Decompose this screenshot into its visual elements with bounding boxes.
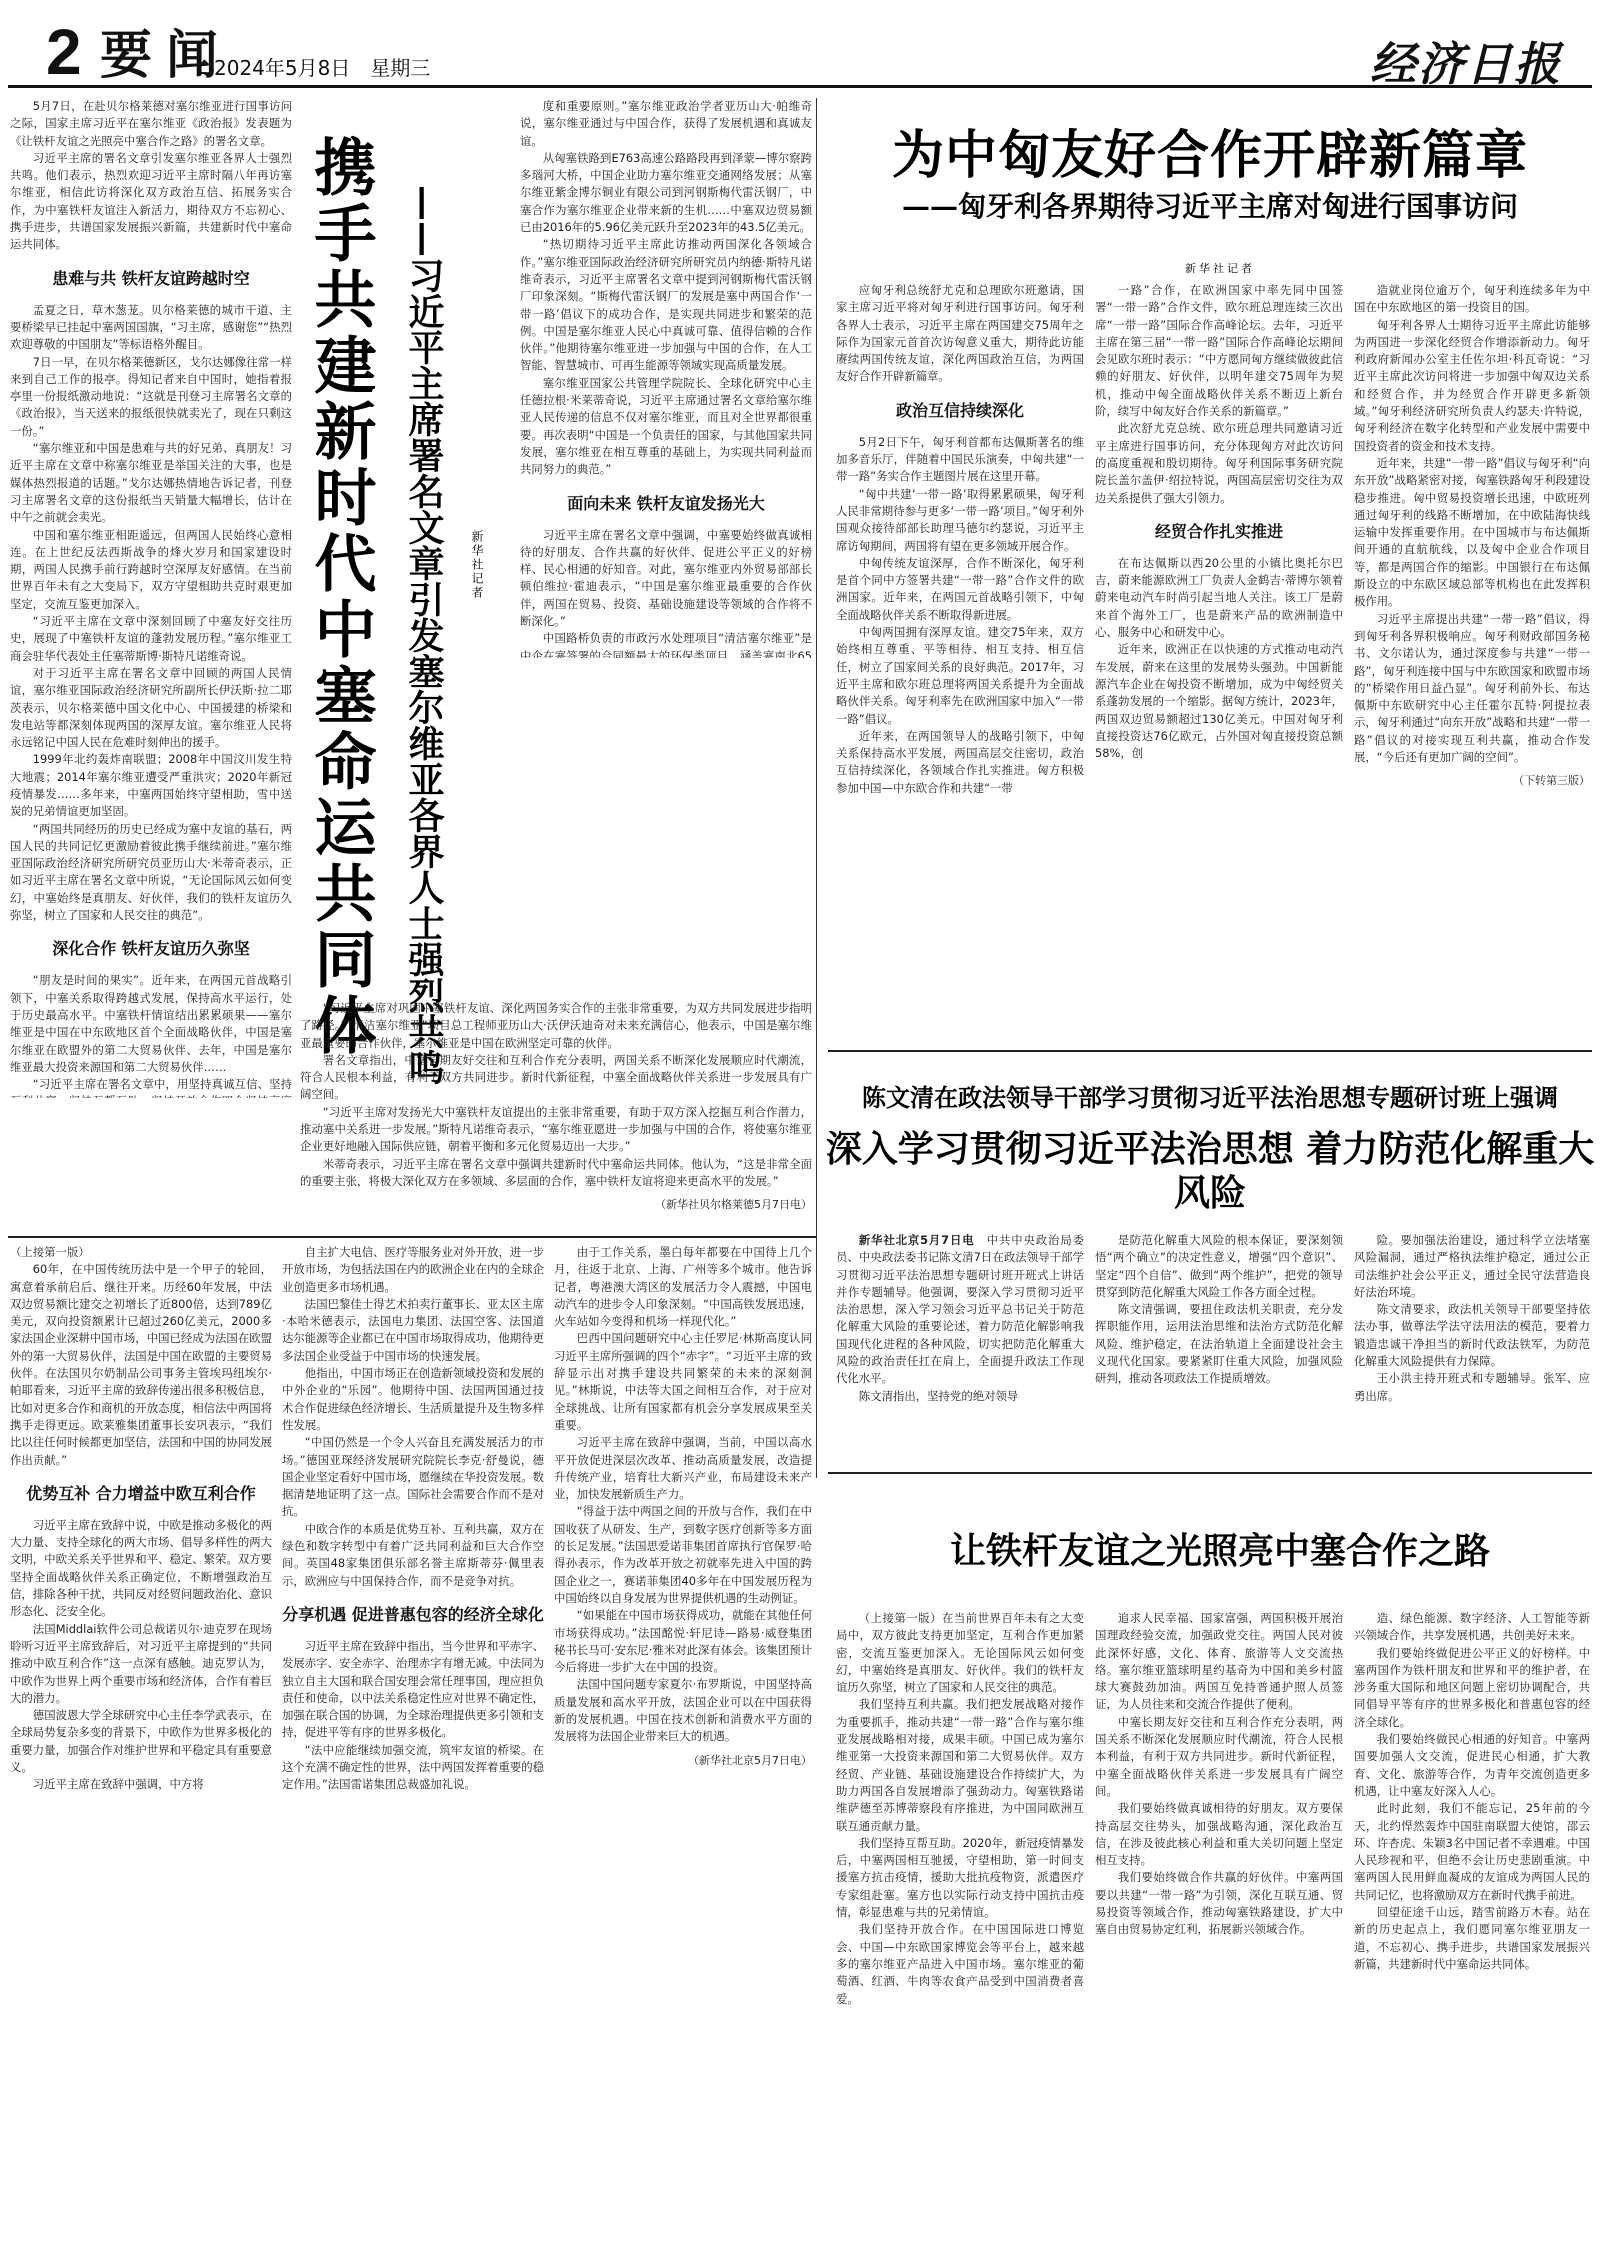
paragraph: 险。要加强法治建设，通过科学立法堵塞风险漏洞，通过严格执法维护稳定，通过公正司法…: [1354, 1232, 1590, 1301]
paragraph: （上接第一版）: [10, 1244, 272, 1261]
paragraph: 自主扩大电信、医疗等服务业对外开放，进一步开放市场，为包括法国在内的欧洲企业在内…: [282, 1244, 544, 1296]
paragraph: 应匈牙利总统舒尤克和总理欧尔班邀请，国家主席习近平将对匈牙利进行国事访问。匈牙利…: [836, 282, 1084, 386]
paragraph: 德国波恩大学全球研究中心主任李学武表示，在全球局势复杂多变的背景下，中欧作为世界…: [10, 1707, 272, 1776]
section-name: 要闻: [100, 28, 232, 84]
newspaper-logo: 经济日报: [1370, 28, 1562, 94]
paragraph: 7日一早，在贝尔格莱德新区，戈尔达娜像往常一样来到自己工作的报亭。得知记者来自中…: [10, 354, 292, 440]
article2-col2: 一路”合作，在欧洲国家中率先同中国签署“一带一路”合作文件，欧尔班总理连续三次出…: [1095, 282, 1343, 1002]
continued-note: （下转第三版）: [1354, 772, 1590, 789]
paragraph: 我们坚持互利共赢。我们把发展战略对接作为重要抓手，推动共建“一带一路”合作与塞尔…: [836, 1696, 1084, 1834]
paragraph: 一路”合作，在欧洲国家中率先同中国签署“一带一路”合作文件，欧尔班总理连续三次出…: [1095, 282, 1343, 420]
article1-byline: 新华社记者: [470, 530, 484, 600]
paragraph: （上接第一版）在当前世界百年未有之大变局中，双方彼此支持更加坚定，互利合作更加紧…: [836, 1610, 1084, 1696]
paragraph: 中国路桥负责的市政污水处理项目“清洁塞尔维亚”是中企在塞签署的合同额最大的环保类…: [520, 630, 812, 658]
paragraph: 中塞长期友好交往和互利合作充分表明，两国关系不断深化发展顺应时代潮流，符合人民根…: [1095, 1714, 1343, 1800]
article2-headline: 为中匈友好合作开辟新篇章: [820, 126, 1600, 186]
subheading: 深化合作 铁杆友谊历久弥坚: [10, 938, 292, 960]
paragraph: 我们要始终做合作共赢的好伙伴。中塞两国要以共建“一带一路”为引领，深化互联互通、…: [1095, 1869, 1343, 1938]
section-divider: [828, 1050, 1592, 1052]
article3-col2: 是防范化解重大风险的根本保证，要深刻领悟“两个确立”的决定性意义，增强“四个意识…: [1095, 1232, 1343, 1460]
paragraph-text: 中共中央政治局委员、中央政法委书记陈文清7日在政法领导干部学习贯彻习近平法治思想…: [836, 1233, 1084, 1385]
continued-from: （上接第一版）: [10, 1245, 90, 1259]
section-divider: [8, 1236, 816, 1238]
paragraph: 近年来，欧洲正在以快速的方式推动电动汽车发展，蔚来在这里的发展势头强劲。中国新能…: [1095, 641, 1343, 762]
paragraph: 习近平主席在致辞中说，中欧是推动多极化的两大力量、支持全球化的两大市场、倡导多样…: [10, 1517, 272, 1621]
article3-headline: 深入学习贯彻习近平法治思想 着力防范化解重大风险: [820, 1128, 1600, 1216]
article3-col3: 险。要加强法治建设，通过科学立法堵塞风险漏洞，通过严格执法维护稳定，通过公正司法…: [1354, 1232, 1590, 1460]
subheading: 政治互信持续深化: [836, 400, 1084, 422]
paragraph: 巴西中国问题研究中心主任罗尼·林斯高度认同习近平主席所强调的四个“赤字”。“习近…: [554, 1330, 812, 1434]
paragraph: “如果能在中国市场获得成功，就能在其他任何市场获得成功。”法国酩悦·轩尼诗—路易…: [554, 1607, 812, 1676]
article1-subheadline: ——习近平主席署名文章引发塞尔维亚各界人士强烈共鸣: [404, 185, 444, 1085]
paragraph: “习近平主席在署名文章中，用坚持真诚互信、坚持互利共赢、坚持互帮互助、坚持开放合…: [10, 1076, 292, 1098]
paragraph: 度和重要原则。”塞尔维亚政治学者亚历山大·帕维奇说，塞尔维亚通过与中国合作，获得…: [520, 98, 812, 150]
column-divider: [816, 98, 817, 1478]
paragraph: 追求人民幸福、国家富强，两国积极开展治国理政经验交流，加强政党交往。两国人民对彼…: [1095, 1610, 1343, 1714]
article3-col1: 新华社北京5月7日电 中共中央政治局委员、中央政法委书记陈文清7日在政法领导干部…: [836, 1232, 1084, 1460]
article2-byline: 新华社记者: [1120, 260, 1320, 276]
subheading: 患难与共 铁杆友谊跨越时空: [10, 268, 292, 290]
article5-col3: 由于工作关系，墨白每年都要在中国待上几个月，往返于北京、上海、广州等多个城市。他…: [554, 1244, 812, 2264]
paragraph: 习近平主席在致辞中强调，中方将: [10, 1776, 272, 1793]
subheading: 面向未来 铁杆友谊发扬光大: [520, 493, 812, 515]
paragraph: 匈牙利各界人士期待习近平主席此访能够为两国进一步深化经贸合作增添新动力。匈牙利政…: [1354, 317, 1590, 455]
paragraph: 署名文章指出，中塞长期友好交往和互利合作充分表明，两国关系不断深化发展顺应时代潮…: [300, 1052, 812, 1104]
paragraph: 60年，在中国传统历法中是一个甲子的轮回，寓意着承前启后、继往开来。历经60年发…: [10, 1261, 272, 1469]
paragraph: 法国中国问题专家夏尔·布罗斯说，中国坚持高质量发展和高水平开放，法国企业可以在中…: [554, 1676, 812, 1745]
paragraph: “两国共同经历的历史已经成为塞中友谊的基石，两国人民的共同记忆更激励着彼此携手继…: [10, 821, 292, 925]
paragraph: “匈中共建‘一带一路’取得累累硕果，匈牙利人民非常期待参与更多‘一带一路’项目。…: [836, 486, 1084, 555]
subheading: 分享机遇 促进普惠包容的经济全球化: [282, 1604, 544, 1626]
paragraph: 造就业岗位逾万个，匈牙利连续多年为中国在中东欧地区的第一投资目的国。: [1354, 282, 1590, 317]
paragraph: 米蒂奇表示，习近平主席在署名文章中强调共建新时代中塞命运共同体。他认为，“这是非…: [300, 1156, 812, 1191]
subheading: 优势互补 合力增益中欧互利合作: [10, 1483, 272, 1505]
article2-col3: 造就业岗位逾万个，匈牙利连续多年为中国在中东欧地区的第一投资目的国。 匈牙利各界…: [1354, 282, 1590, 1002]
paragraph: 他指出，中国市场正在创造新领域投资和发展的中外企业的“乐园”。他期待中国、法国两…: [282, 1365, 544, 1434]
article1-signoff: （新华社贝尔格莱德5月7日电）: [300, 1196, 812, 1213]
paragraph: 造、绿色能源、数字经济、人工智能等新兴领域合作，共享发展机遇，共创美好未来。: [1354, 1610, 1590, 1645]
article5-col2: 自主扩大电信、医疗等服务业对外开放，进一步开放市场，为包括法国在内的欧洲企业在内…: [282, 1244, 544, 2264]
paragraph: 王小洪主持开班式和专题辅导。张军、应勇出席。: [1354, 1370, 1590, 1405]
paragraph: 5月7日，在赴贝尔格莱德对塞尔维亚进行国事访问之际，国家主席习近平在塞尔维亚《政…: [10, 98, 292, 150]
paragraph: 中国和塞尔维亚相距遥远，但两国人民始终心意相连。在上世纪反法西斯战争的烽火岁月和…: [10, 527, 292, 613]
paragraph: 此时此刻，我们不能忘记，25年前的今天，北约悍然轰炸中国驻南联盟大使馆，邵云环、…: [1354, 1800, 1590, 1904]
article1-col1: 5月7日，在赴贝尔格莱德对塞尔维亚进行国事访问之际，国家主席习近平在塞尔维亚《政…: [10, 98, 292, 1098]
section-divider: [828, 1472, 1592, 1474]
article4-col2: 追求人民幸福、国家富强，两国积极开展治国理政经验交流，加强政党交往。两国人民对彼…: [1095, 1610, 1343, 2260]
article1-headline: 携手共建新时代中塞命运共同体: [308, 135, 372, 1059]
paragraph: “习近平主席对发扬光大中塞铁杆友谊提出的主张非常重要，有助于双方深入挖掘互利合作…: [300, 1104, 812, 1156]
paragraph: 近年来，共建“一带一路”倡议与匈牙利“向东开放”战略紧密对接，匈塞铁路匈牙利段建…: [1354, 455, 1590, 611]
article3-kicker: 陈文清在政法领导干部学习贯彻习近平法治思想专题研讨班上强调: [820, 1083, 1600, 1113]
masthead: 2 要闻 2024年5月8日 星期三 经济日报: [8, 0, 1592, 88]
paragraph: 我们坚持开放合作。在中国国际进口博览会、中国—中东欧国家博览会等平台上，越来越多…: [836, 1921, 1084, 2007]
paragraph: 陈文清要求，政法机关领导干部要坚持依法办事，做尊法学法守法用法的模范，要着力锻造…: [1354, 1301, 1590, 1370]
article1-col2-top: 度和重要原则。”塞尔维亚政治学者亚历山大·帕维奇说，塞尔维亚通过与中国合作，获得…: [520, 98, 812, 658]
paragraph: 习近平主席提出共建“一带一路”倡议，得到匈牙利各界积极响应。匈牙利财政部国务秘书…: [1354, 611, 1590, 767]
paragraph: 孟夏之日，草木葱茏。贝尔格莱德的城市干道、主要桥梁早已挂起中塞两国国旗，“习主席…: [10, 302, 292, 354]
paragraph: “法中应能继续加强交流，筑牢友谊的桥梁。在这个充满不确定性的世界，法中两国发挥着…: [282, 1742, 544, 1794]
paragraph: 习近平主席在致辞中强调，当前，中国以高水平开放促进深层次改革、推动高质量发展，改…: [554, 1434, 812, 1503]
article4-headline: 让铁杆友谊之光照亮中塞合作之路: [840, 1530, 1600, 1574]
article1-col2-bottom: “习近平主席对巩固中塞铁杆友谊、深化两国务实合作的主张非常重要，为双方共同发展进…: [300, 1000, 812, 1230]
article2-subheadline: ——匈牙利各界期待习近平主席对匈进行国事访问: [820, 190, 1600, 224]
paragraph: 1999年北约轰炸南联盟；2008年中国汶川发生特大地震；2014年塞尔维亚遭受…: [10, 751, 292, 820]
paragraph: 我们坚持互帮互助。2020年，新冠疫情暴发后，中塞两国相互驰援，守望相助，第一时…: [836, 1835, 1084, 1921]
paragraph: 陈文清指出，坚持党的绝对领导: [836, 1388, 1084, 1405]
paragraph: 我们要始终做真诚相待的好朋友。双方要保持高层交往势头，加强战略沟通，深化政治互信…: [1095, 1800, 1343, 1869]
paragraph: 中欧合作的本质是优势互补、互利共赢，双方在绿色和数字转型中有着广泛共同利益和巨大…: [282, 1521, 544, 1590]
paragraph: 5月2日下午，匈牙利首都布达佩斯著名的维加多音乐厅，伴随着中国民乐演奏，中匈共建…: [836, 434, 1084, 486]
paragraph: 习近平主席在署名文章中强调，中塞要始终做真诚相待的好朋友、合作共赢的好伙伴、促进…: [520, 527, 812, 631]
article5-col1: （上接第一版） 60年，在中国传统历法中是一个甲子的轮回，寓意着承前启后、继往开…: [10, 1244, 272, 2264]
paragraph: 中匈传统友谊深厚，合作不断深化，匈牙利是首个同中方签署共建“一带一路”合作文件的…: [836, 555, 1084, 624]
article4-col1: （上接第一版）在当前世界百年未有之大变局中，双方彼此支持更加坚定，互利合作更加紧…: [836, 1610, 1084, 2260]
paragraph: “得益于法中两国之间的开放与合作，我们在中国收获了从研发、生产，到数字医疗创新等…: [554, 1503, 812, 1607]
page-number: 2: [46, 22, 82, 82]
paragraph: 塞尔维亚国家公共管理学院院长、全球化研究中心主任德拉根·米莱蒂奇说，习近平主席通…: [520, 375, 812, 479]
article5-signoff: （新华社北京5月7日电）: [554, 1752, 812, 1769]
paragraph: 近年来，在两国领导人的战略引领下，中匈关系保持高水平发展，两国高层交往密切，政治…: [836, 728, 1084, 797]
paragraph: 由于工作关系，墨白每年都要在中国待上几个月，往返于北京、上海、广州等多个城市。他…: [554, 1244, 812, 1330]
paragraph: “塞尔维亚和中国是患难与共的好兄弟、真朋友！习近平主席在文章中称塞尔维亚是举国关…: [10, 440, 292, 526]
paragraph: 习近平主席的署名文章引发塞尔维亚各界人士强烈共鸣。他们表示，热烈欢迎习近平主席时…: [10, 150, 292, 254]
paragraph: “中国仍然是一个令人兴奋且充满发展活力的市场。”德国亚琛经济发展研究院院长李克·…: [282, 1434, 544, 1520]
paragraph: 对于习近平主席在署名文章中回顾的两国人民情谊，塞尔维亚国际政治经济研究所副所长伊…: [10, 665, 292, 751]
paragraph: 我们要始终做促进公平正义的好榜样。中塞两国作为铁杆朋友和世界和平的维护者，在涉务…: [1354, 1645, 1590, 1731]
paragraph: 新华社北京5月7日电 中共中央政治局委员、中央政法委书记陈文清7日在政法领导干部…: [836, 1232, 1084, 1388]
paragraph: 在布达佩斯以西20公里的小镇比奥托尔巴吉，蔚来能源欧洲工厂负责人金鹤吉·蒂博尔领…: [1095, 555, 1343, 641]
subheading: 经贸合作扎实推进: [1095, 521, 1343, 543]
paragraph: “习近平主席对巩固中塞铁杆友谊、深化两国务实合作的主张非常重要，为双方共同发展进…: [300, 1000, 812, 1052]
paragraph: 法国巴黎佳士得艺术拍卖行董事长、亚太区主席·本哈米德表示，法国电力集团、法国空客…: [282, 1296, 544, 1365]
article4-col3: 造、绿色能源、数字经济、人工智能等新兴领域合作，共享发展机遇，共创美好未来。 我…: [1354, 1610, 1590, 2260]
paragraph: 习近平主席在致辞中指出，当今世界和平赤字、发展赤字、安全赤字、治理赤字有增无减。…: [282, 1638, 544, 1742]
paragraph: 回望征途千山远，踏雪前路万木春。站在新的历史起点上，我们愿同塞尔维亚朋友一道，不…: [1354, 1904, 1590, 1973]
paragraph: 是防范化解重大风险的根本保证，要深刻领悟“两个确立”的决定性意义，增强“四个意识…: [1095, 1232, 1343, 1301]
paragraph: 我们要始终做民心相通的好知音。中塞两国要加强人文交流，促进民心相通，扩大教育、文…: [1354, 1731, 1590, 1800]
paragraph: 法国Middlai软件公司总裁诺贝尔·迪克罗在现场聆听习近平主席致辞后，对习近平…: [10, 1621, 272, 1707]
paragraph: “朋友是时间的果实”。近年来，在两国元首战略引领下，中塞关系取得跨越式发展，保持…: [10, 972, 292, 1076]
paragraph: “热切期待习近平主席此访推动两国深化各领域合作。”塞尔维亚国际政治经济研究所研究…: [520, 236, 812, 374]
issue-date: 2024年5月8日 星期三: [214, 56, 430, 80]
paragraph: 此次舒尤克总统、欧尔班总理共同邀请习近平主席进行国事访问，充分体现匈方对此次访问…: [1095, 420, 1343, 506]
paragraph: 中匈两国拥有深厚友谊。建交75年来，双方始终相互尊重、平等相待、相互支持、相互信…: [836, 624, 1084, 728]
paragraph: 从匈塞铁路到E763高速公路路段再到泽蒙—博尔察跨多瑙河大桥，中国企业助力塞尔维…: [520, 150, 812, 236]
dateline: 新华社北京5月7日电: [859, 1233, 975, 1247]
paragraph: “习近平主席在文章中深刻回顾了中塞友好交往历史，展现了中塞铁杆友谊的蓬勃发展历程…: [10, 613, 292, 665]
paragraph: 陈文清强调，要扭住政法机关职责，充分发挥职能作用，运用法治思维和法治方式防范化解…: [1095, 1301, 1343, 1387]
article2-col1: 应匈牙利总统舒尤克和总理欧尔班邀请，国家主席习近平将对匈牙利进行国事访问。匈牙利…: [836, 282, 1084, 1002]
